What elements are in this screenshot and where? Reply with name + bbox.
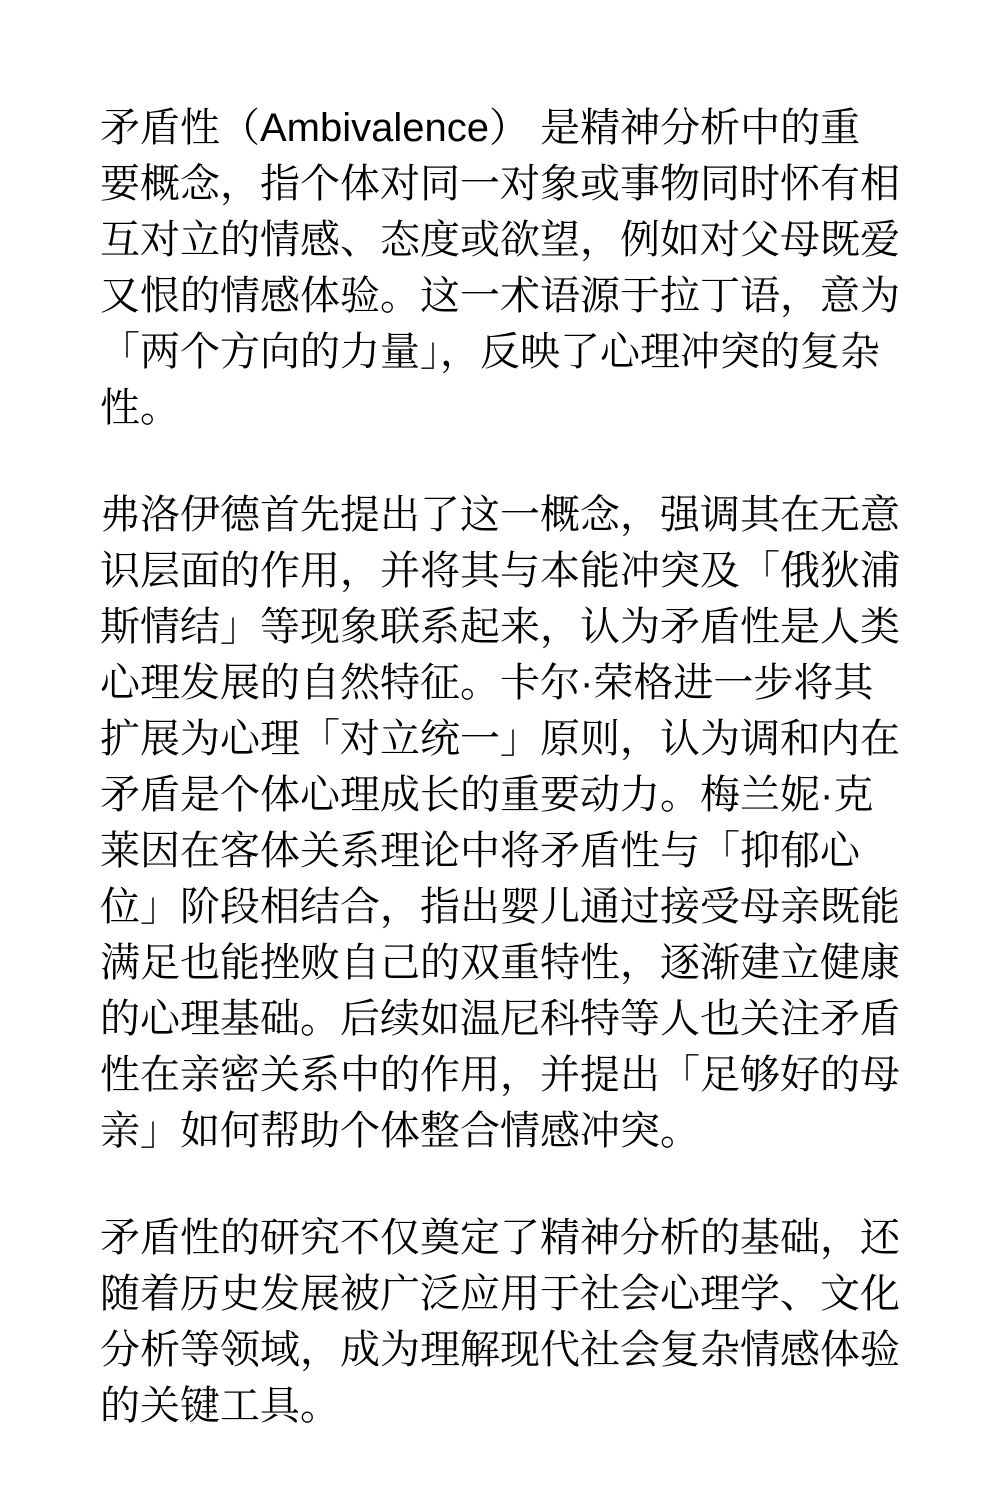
paragraph-definition: 矛盾性（Ambivalence） 是精神分析中的重 要概念，指个体对同一对象或事… xyxy=(100,100,900,436)
paragraph-significance: 矛盾性的研究不仅奠定了精神分析的基础，还 随着历史发展被广泛应用于社会心理学、文… xyxy=(100,1210,900,1434)
page: { "page": { "background_color": "#ffffff… xyxy=(0,0,1000,1500)
document-body: 矛盾性（Ambivalence） 是精神分析中的重 要概念，指个体对同一对象或事… xyxy=(0,0,1000,1434)
paragraph-history: 弗洛伊德首先提出了这一概念，强调其在无意 识层面的作用，并将其与本能冲突及「俄狄… xyxy=(100,487,900,1159)
